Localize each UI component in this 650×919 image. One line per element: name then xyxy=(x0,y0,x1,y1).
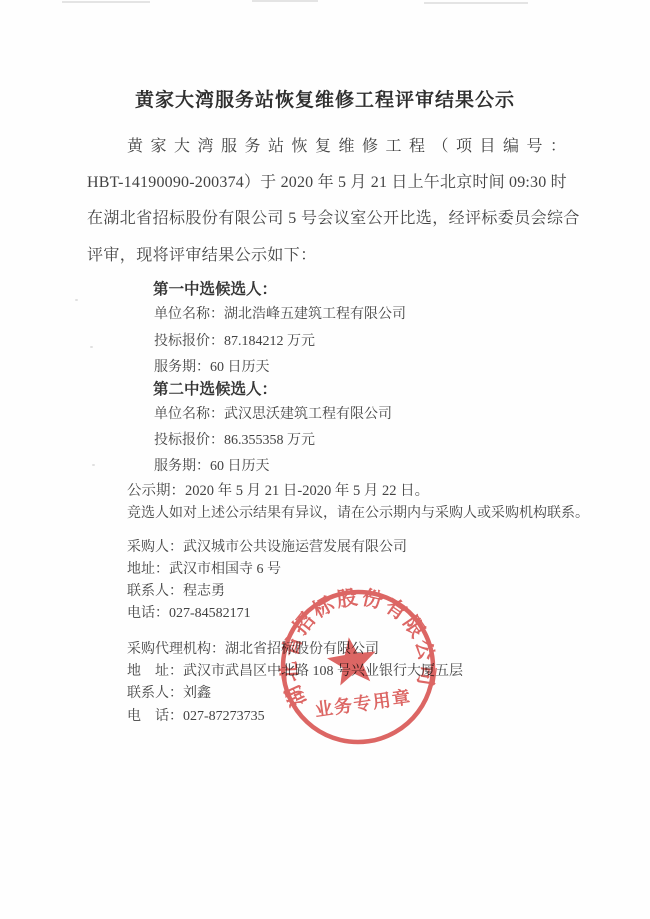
purchaser-address: 地址：武汉市相国寺 6 号 xyxy=(127,561,281,579)
page-title: 黄家大湾服务站恢复维修工程评审结果公示 xyxy=(0,85,650,112)
publicity-period: 公示期：2020 年 5 月 21 日-2020 年 5 月 22 日。 xyxy=(127,482,429,500)
scan-artifact xyxy=(92,464,95,466)
candidate1-period: 服务期：60 日历天 xyxy=(154,359,270,377)
intro-line-2: HBT-14190090-200374）于 2020 年 5 月 21 日上午北… xyxy=(87,174,567,192)
company-seal-graphic: 湖北省招标股份有限公司 业务专用章 xyxy=(267,576,450,759)
purchaser-phone: 电话：027-84582171 xyxy=(127,605,251,623)
company-seal: 湖北省招标股份有限公司 业务专用章 xyxy=(267,576,450,759)
candidate1-price: 投标报价：87.184212 万元 xyxy=(154,333,315,351)
scan-artifact xyxy=(252,0,318,2)
candidate2-company: 单位名称：武汉思沃建筑工程有限公司 xyxy=(154,406,392,424)
candidate2-price: 投标报价：86.355358 万元 xyxy=(154,432,315,450)
seal-arc-text: 湖北省招标股份有限公司 xyxy=(267,576,443,711)
candidate1-company: 单位名称：湖北浩峰五建筑工程有限公司 xyxy=(154,306,406,324)
intro-line-4: 评审，现将评审结果公示如下： xyxy=(87,247,317,265)
scan-artifact xyxy=(424,2,528,4)
scan-artifact xyxy=(75,299,78,301)
candidate1-heading: 第一中选候选人： xyxy=(153,281,277,299)
scan-artifact xyxy=(62,1,150,3)
seal-star-icon xyxy=(325,634,380,687)
intro-line-3: 在湖北省招标股份有限公司 5 号会议室公开比选，经评标委员会综合 xyxy=(87,210,580,228)
candidate2-heading: 第二中选候选人： xyxy=(153,381,277,399)
intro-line-1: 黄家大湾服务站恢复维修工程（项目编号： xyxy=(127,138,574,156)
agency-contact: 联系人：刘鑫 xyxy=(127,685,211,703)
publicity-objection: 竞选人如对上述公示结果有异议，请在公示期内与采购人或采购机构联系。 xyxy=(127,505,589,523)
scan-artifact xyxy=(90,346,93,348)
candidate2-period: 服务期：60 日历天 xyxy=(154,458,270,476)
svg-text:湖北省招标股份有限公司: 湖北省招标股份有限公司 xyxy=(267,576,443,711)
document-page: 黄家大湾服务站恢复维修工程评审结果公示 黄家大湾服务站恢复维修工程（项目编号： … xyxy=(0,0,650,919)
seal-bottom-text: 业务专用章 xyxy=(313,686,412,720)
purchaser-name: 采购人：武汉城市公共设施运营发展有限公司 xyxy=(127,539,407,557)
agency-phone: 电 话：027-87273735 xyxy=(127,708,265,726)
purchaser-contact: 联系人：程志勇 xyxy=(127,583,225,601)
